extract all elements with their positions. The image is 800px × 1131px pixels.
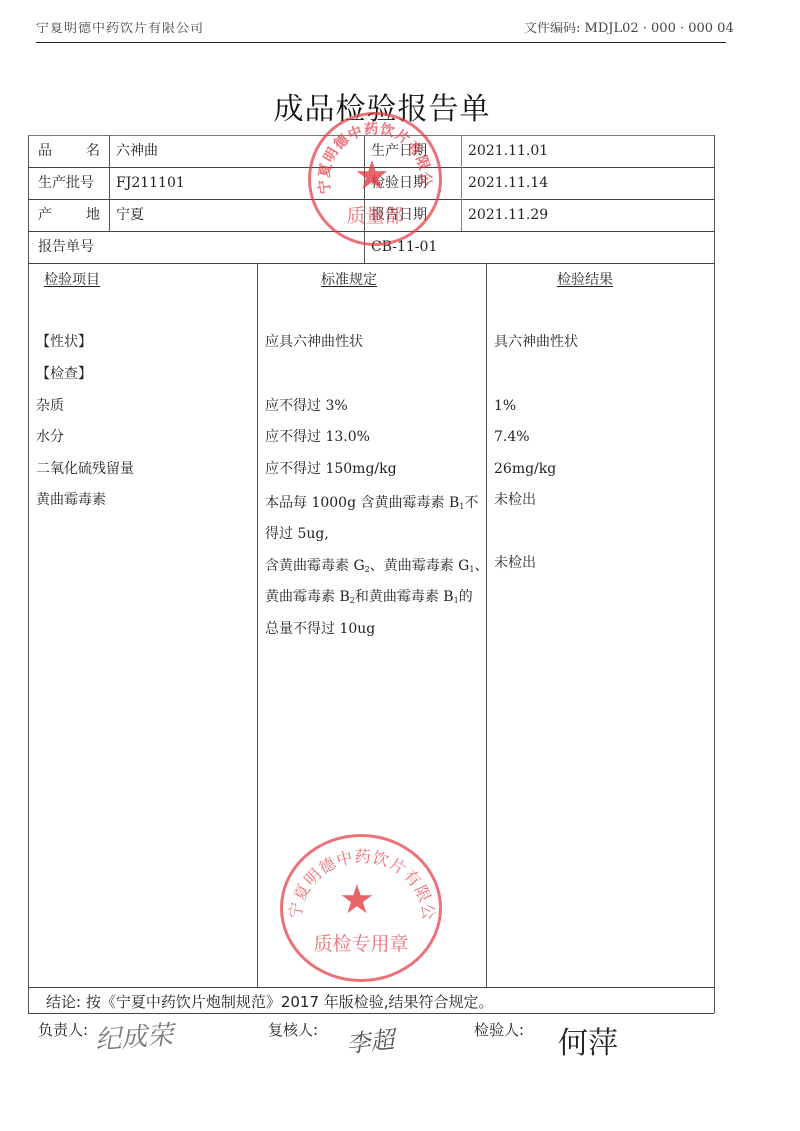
- aflatoxin-standard-line-5: 总量不得过 10ug: [265, 618, 375, 638]
- item-cell: 二氧化硫残留量: [36, 461, 134, 477]
- result-cell: 具六神曲性状: [494, 334, 578, 350]
- item-cell: 水分: [36, 429, 64, 445]
- responsible-signature: 纪成荣: [94, 1014, 174, 1056]
- item-cell: 【检查】: [36, 366, 92, 382]
- responsible-label: 负责人:: [38, 1019, 88, 1040]
- standard-cell: 应具六神曲性状: [265, 334, 363, 350]
- item-cell: 黄曲霉毒素: [36, 492, 106, 508]
- text: 、黄曲霉毒素 G: [370, 558, 470, 574]
- standard-cell: 应不得过 13.0%: [265, 429, 370, 445]
- col-divider: [257, 263, 258, 987]
- qc-seal-stamp: 宁夏明德中药饮片有限公司 ★ 质检专用章: [280, 834, 442, 982]
- company-header: 宁夏明德中药饮片有限公司: [36, 22, 204, 34]
- aflatoxin-standard-line-2: 得过 5ug,: [265, 523, 329, 543]
- product-name-label: 品 名: [38, 143, 100, 159]
- inspector-signature: 何萍: [558, 1018, 618, 1062]
- aflatoxin-standard-line-4: 黄曲霉毒素 B2和黄曲霉毒素 B1的: [265, 586, 473, 606]
- label-char: 地: [86, 207, 100, 223]
- stamp-bottom-text: 质检专用章: [301, 929, 421, 956]
- standard-cell: 应不得过 150mg/kg: [265, 461, 397, 477]
- label-char: 名: [86, 143, 100, 159]
- production-date-value: 2021.11.01: [468, 143, 548, 159]
- text: 黄曲霉毒素 B: [265, 589, 350, 605]
- result-cell: 1%: [494, 398, 516, 414]
- col-divider: [109, 135, 110, 231]
- col-divider: [461, 135, 462, 231]
- inspector-label: 检验人:: [474, 1019, 524, 1040]
- aflatoxin-standard-line-1: 本品每 1000g 含黄曲霉毒素 B1不: [265, 492, 478, 512]
- result-cell: 26mg/kg: [494, 461, 556, 477]
- result-cell: 未检出: [494, 492, 536, 508]
- header-divider: [36, 42, 726, 43]
- row-divider: [28, 987, 714, 988]
- text: 不: [464, 495, 478, 511]
- text: 的: [459, 589, 473, 605]
- text: 本品每 1000g 含黄曲霉毒素 B: [265, 495, 459, 511]
- text: 和黄曲霉毒素 B: [355, 589, 454, 605]
- result-cell: 7.4%: [494, 429, 530, 445]
- origin-value: 宁夏: [116, 207, 144, 223]
- quality-department-stamp: 宁夏明德中药饮片有限公司 ★ 质量部: [308, 112, 442, 246]
- reviewer-signature: 李超: [344, 1020, 395, 1060]
- text: 、: [474, 558, 488, 574]
- inspection-date-value: 2021.11.14: [468, 175, 548, 191]
- batch-value: FJ211101: [116, 175, 185, 191]
- table-border-left: [28, 135, 29, 1013]
- conclusion: 结论: 按《宁夏中药饮片炮制规范》2017 年版检验,结果符合规定。: [46, 994, 494, 1010]
- reviewer-label: 复核人:: [268, 1019, 318, 1040]
- item-cell: 【性状】: [36, 334, 92, 350]
- label-char: 品: [38, 143, 52, 159]
- star-icon: ★: [354, 153, 390, 199]
- batch-label: 生产批号: [38, 175, 94, 191]
- table-border-bottom: [28, 1013, 714, 1014]
- product-name-value: 六神曲: [116, 143, 158, 159]
- aflatoxin-standard-line-3: 含黄曲霉毒素 G2、黄曲霉毒素 G1、: [265, 555, 488, 575]
- col-divider: [486, 263, 487, 987]
- column-header-item: 检验项目: [44, 272, 100, 288]
- label-char: 产: [38, 207, 52, 223]
- origin-label: 产 地: [38, 207, 100, 223]
- aflatoxin-result-2: 未检出: [494, 555, 536, 571]
- report-no-label: 报告单号: [38, 239, 94, 255]
- column-header-standard: 标准规定: [321, 272, 377, 288]
- text: 含黄曲霉毒素 G: [265, 558, 365, 574]
- star-icon: ★: [339, 877, 375, 923]
- item-cell: 杂质: [36, 398, 64, 414]
- stamp-bottom-text: 质量部: [325, 201, 425, 228]
- column-header-result: 检验结果: [557, 272, 613, 288]
- row-divider: [28, 263, 714, 264]
- table-border-right: [714, 135, 715, 1013]
- document-code: 文件编码: MDJL02 · 000 · 000 04: [524, 22, 734, 34]
- report-date-value: 2021.11.29: [468, 207, 548, 223]
- standard-cell: 应不得过 3%: [265, 398, 348, 414]
